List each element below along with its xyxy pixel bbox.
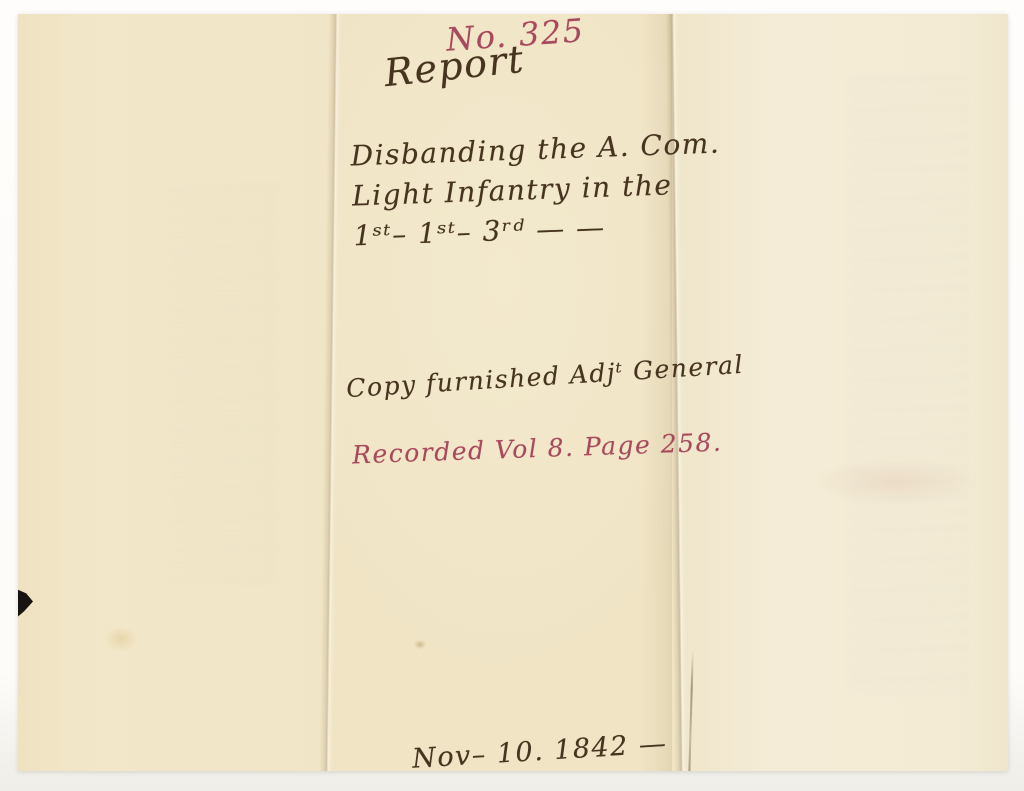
bleedthrough-ghost-left — [168, 184, 278, 584]
subject-block: Disbanding the A. Com. Light Infantry in… — [350, 124, 724, 257]
ink-smudge-faint — [813, 459, 978, 504]
paper-sheet: No. 325 Report Disbanding the A. Com. Li… — [18, 14, 1008, 771]
scanner-background: No. 325 Report Disbanding the A. Com. Li… — [0, 0, 1024, 791]
bleedthrough-ghost-right — [848, 74, 968, 694]
paper-speck — [414, 640, 426, 649]
paper-stain — [104, 626, 138, 652]
